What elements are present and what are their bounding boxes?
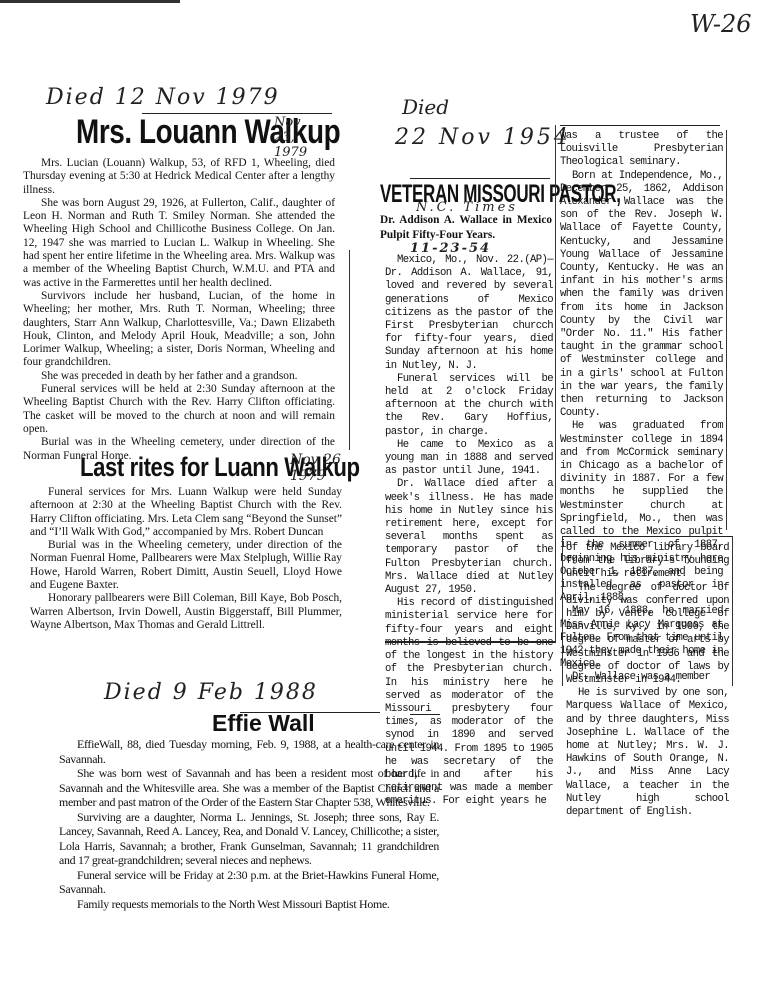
paragraph: Family requests memorials to the North W… xyxy=(59,897,439,912)
paragraph: Funeral services for Mrs. Luann Walkup w… xyxy=(30,486,342,539)
page-annotation: W-26 xyxy=(690,10,752,38)
wallace-column-3: of the Mexico library board from the lib… xyxy=(566,542,729,819)
effie-wall-headline: Effie Wall xyxy=(212,710,315,737)
column-box-left xyxy=(562,536,563,686)
obituary-body: Mrs. Lucian (Louann) Walkup, 53, of RFD … xyxy=(23,157,335,463)
paragraph: Funeral service will be Friday at 2:30 p… xyxy=(59,868,439,897)
paragraph: Mexico, Mo., Nov. 22.(AP)—Dr. Addison A.… xyxy=(385,254,553,373)
clip-edge xyxy=(349,250,350,450)
paragraph: Surviving are a daughter, Norma L. Jenni… xyxy=(59,810,439,868)
paragraph: Survivors include her husband, Lucian, o… xyxy=(23,290,335,370)
wallace-subhead: Dr. Addison A. Wallace in Mexico Pulpit … xyxy=(380,213,552,243)
paragraph: She was preceded in death by her father … xyxy=(23,370,335,383)
paragraph: The degree of doctor of divinity was con… xyxy=(566,582,729,688)
paragraph: Funeral services will be held at 2 o'clo… xyxy=(385,373,553,439)
divider xyxy=(410,178,550,179)
paragraph: was a trustee of the Louisville Presbyte… xyxy=(560,130,723,170)
column-bottom-rule xyxy=(385,641,555,643)
column-box-right xyxy=(732,536,733,686)
last-rites-body: Funeral services for Mrs. Luann Walkup w… xyxy=(30,486,342,632)
handwritten-pub-date: Nov 23, 1979 xyxy=(274,115,324,160)
paragraph: EffieWall, 88, died Tuesday morning, Feb… xyxy=(59,737,439,766)
paragraph: His record of distinguished ministerial … xyxy=(385,597,553,808)
paragraph: Funeral services will be held at 2:30 Su… xyxy=(23,383,335,436)
paragraph: She was born August 29, 1926, at Fullert… xyxy=(23,197,335,290)
effie-wall-body: EffieWall, 88, died Tuesday morning, Feb… xyxy=(59,737,439,911)
handwritten-pub-date: Nov 26 1979 xyxy=(290,452,345,484)
scan-edge xyxy=(0,0,180,3)
paragraph: She was born west of Savannah and has be… xyxy=(59,766,439,810)
handwritten-death-date: Died 9 Feb 1988 xyxy=(104,680,318,705)
paragraph: Born at Independence, Mo., December 25, … xyxy=(560,170,723,421)
paragraph: Dr. Wallace died after a week's illness.… xyxy=(385,478,553,597)
paragraph: He is survived by one son, Marquess Wall… xyxy=(566,687,729,819)
paragraph: Mrs. Lucian (Louann) Walkup, 53, of RFD … xyxy=(23,157,335,197)
handwritten-died: Died xyxy=(402,95,449,119)
handwritten-death-date: 22 Nov 1954 xyxy=(395,125,571,150)
column-top-rule xyxy=(560,125,720,126)
handwritten-death-date: Died 12 Nov 1979 xyxy=(46,85,280,110)
paragraph: of the Mexico library board from the lib… xyxy=(566,542,729,582)
column-box-top xyxy=(562,536,732,537)
clip-edge xyxy=(726,130,727,530)
paragraph: He came to Mexico as a young man in 1888… xyxy=(385,439,553,479)
paragraph: Burial was in the Wheeling cemetery, und… xyxy=(30,539,342,592)
paragraph: Honorary pallbearers were Bill Coleman, … xyxy=(30,592,342,632)
wallace-column-1: Mexico, Mo., Nov. 22.(AP)—Dr. Addison A.… xyxy=(385,254,553,809)
column-separator xyxy=(555,125,556,643)
